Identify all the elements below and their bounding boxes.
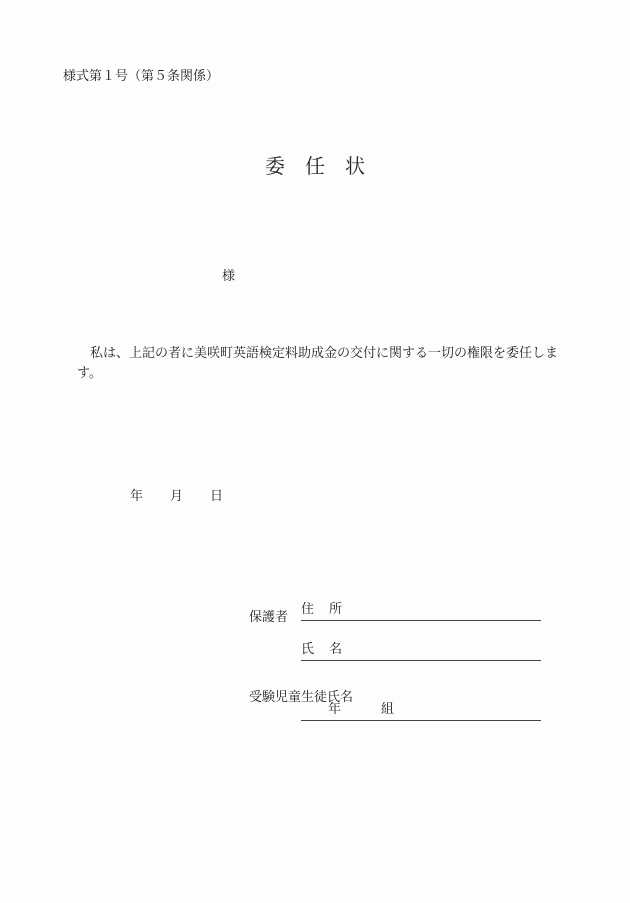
date-line: 年月日 — [130, 485, 223, 504]
student-grade-class-field[interactable]: 年組 — [301, 702, 541, 721]
date-month-label: 月 — [170, 485, 210, 504]
addressee-suffix: 様 — [222, 265, 235, 284]
guardian-label: 保護者 — [249, 606, 288, 625]
date-year-label: 年 — [130, 485, 170, 504]
guardian-name-field[interactable]: 氏名 — [301, 642, 541, 661]
grade-class-label: 組 — [381, 702, 394, 717]
address-label-2: 所 — [329, 602, 342, 618]
name-label-1: 氏 — [301, 642, 329, 658]
document-title: 委任状 — [265, 150, 385, 179]
address-label-1: 住 — [301, 602, 329, 618]
guardian-address-field[interactable]: 住所 — [301, 602, 541, 621]
body-text: 私は、上記の者に美咲町英語検定料助成金の交付に関する一切の権限を委任します。 — [77, 344, 577, 384]
form-number: 様式第１号（第５条関係） — [63, 65, 219, 84]
date-day-label: 日 — [210, 485, 223, 504]
grade-year-label: 年 — [328, 702, 381, 718]
name-label-2: 名 — [329, 642, 342, 658]
